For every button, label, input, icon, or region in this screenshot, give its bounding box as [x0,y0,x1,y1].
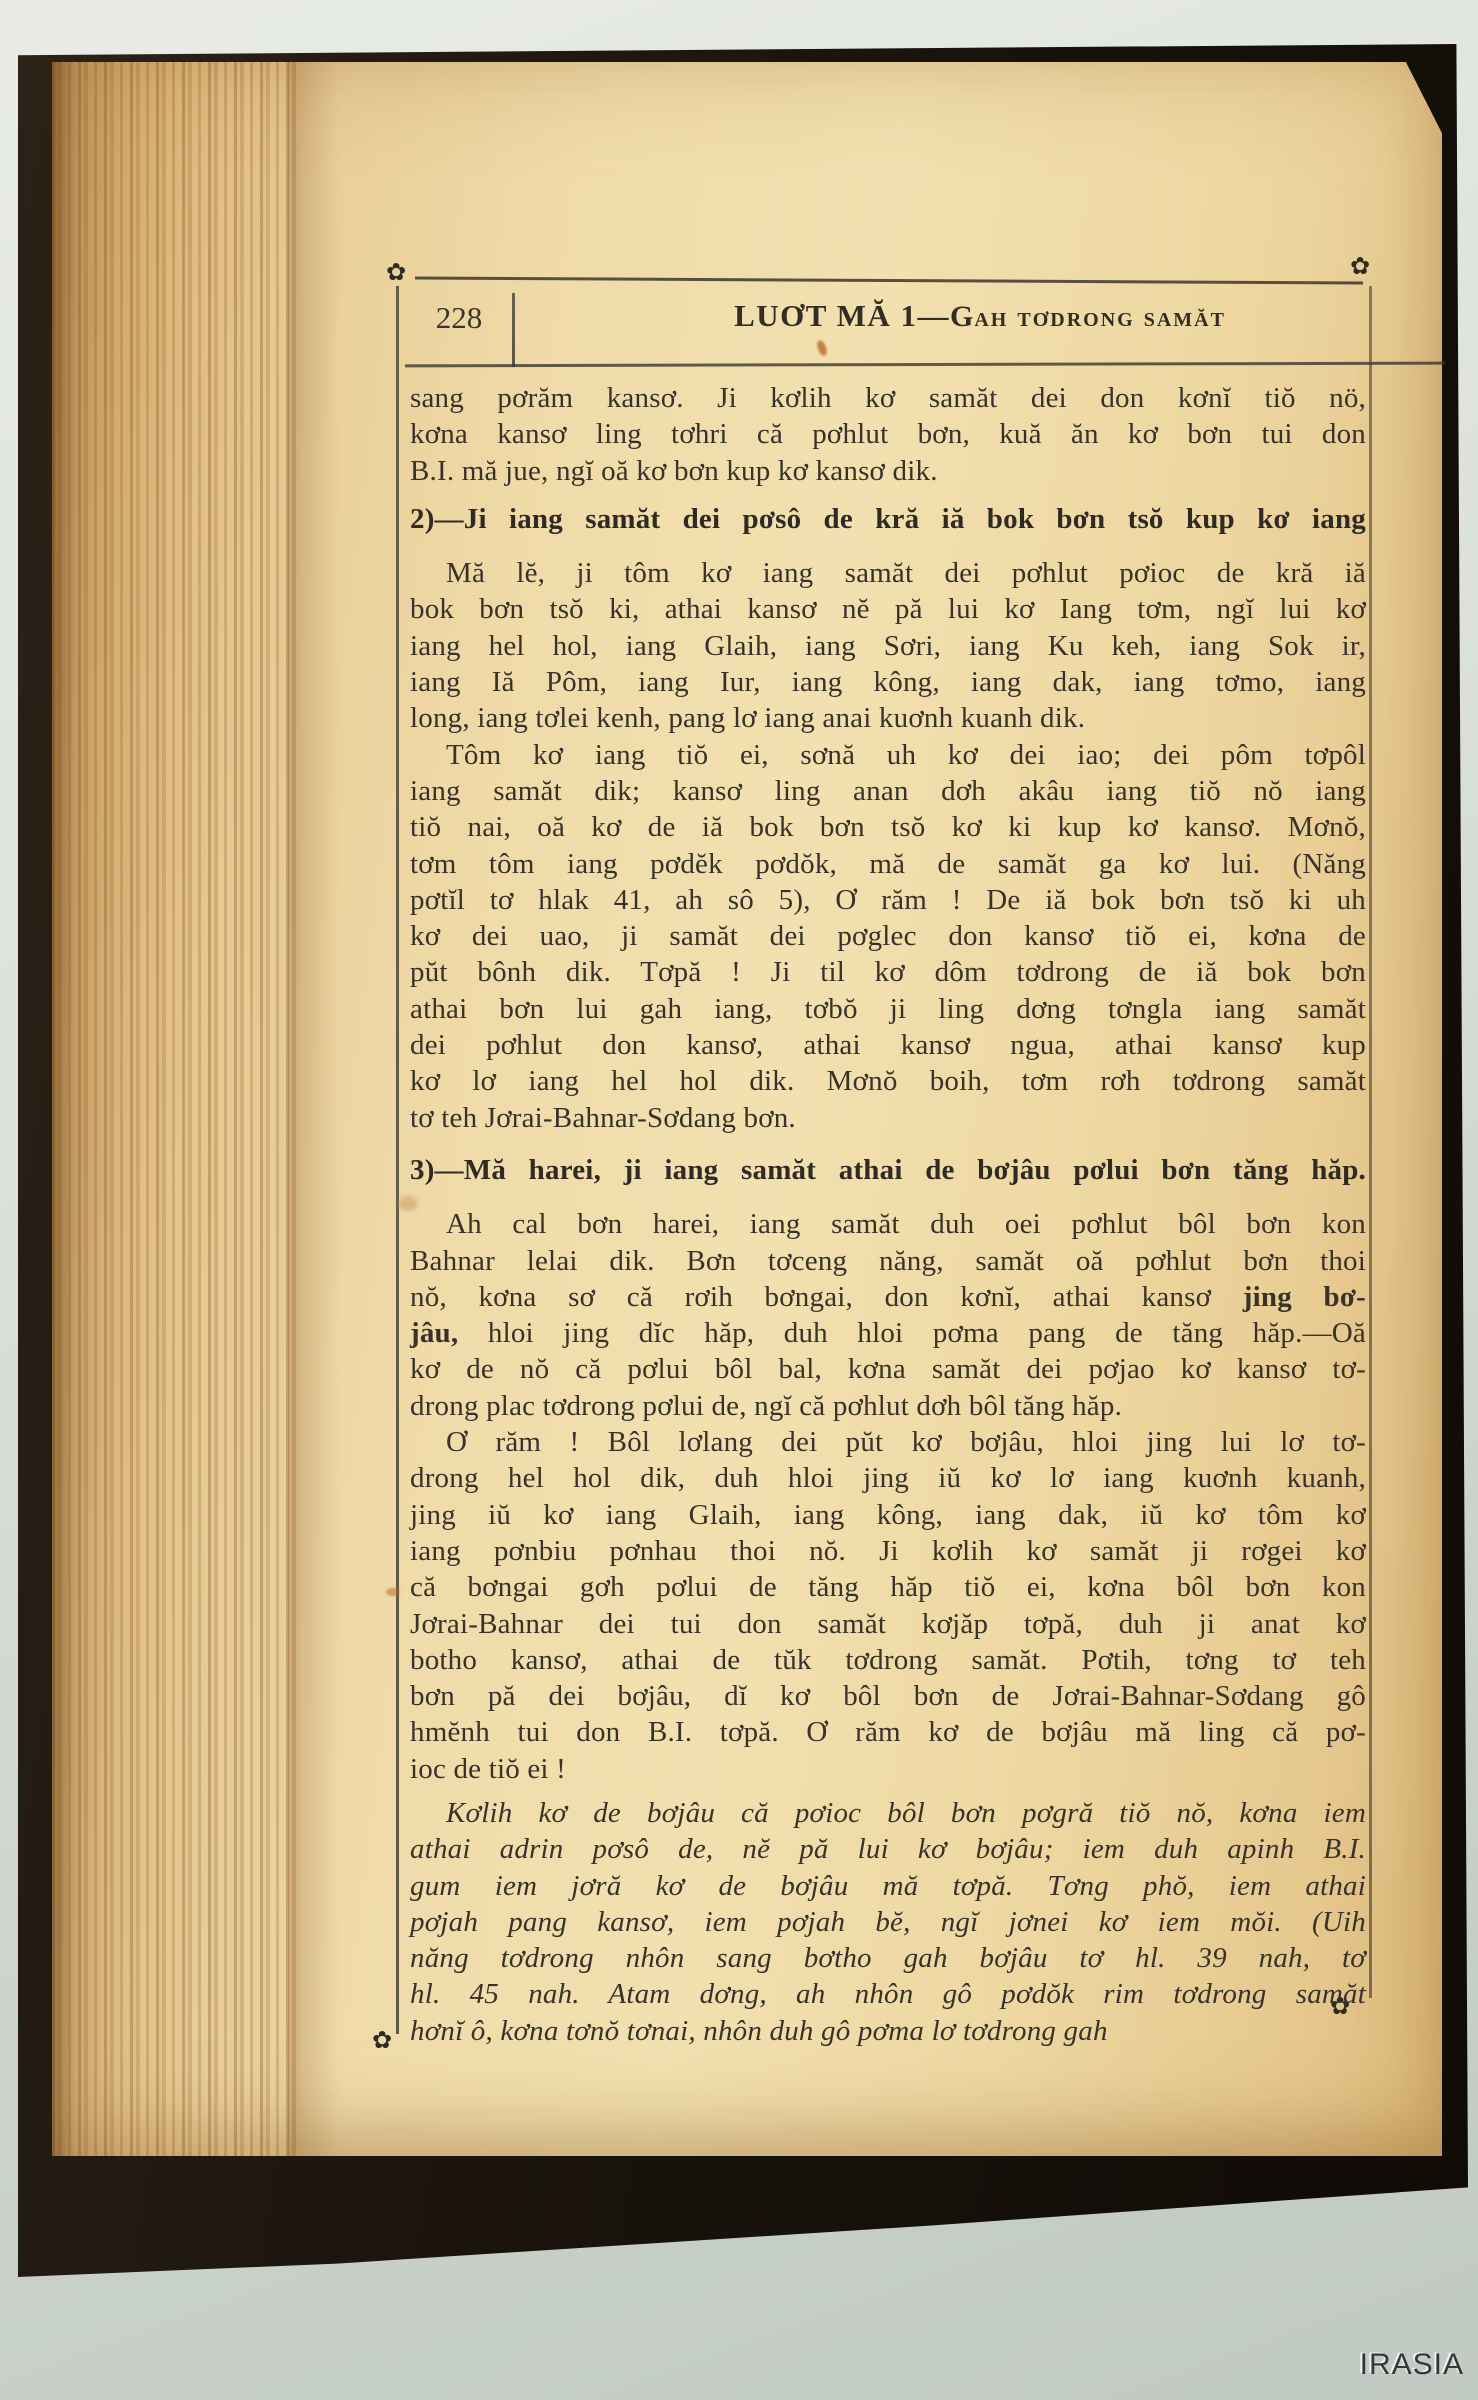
section-heading-2: 2)—Ji iang samăt dei pơsô de kră iă bok … [410,501,1366,537]
page-number: 228 [408,300,510,336]
text-column: sang pơrăm kansơ. Ji kơlih kơ samăt dei … [410,380,1366,2049]
stacked-page-edges [52,62,300,2156]
page-fold-shadow [288,62,340,2156]
body-paragraph-continuation: sang pơrăm kansơ. Ji kơlih kơ samăt dei … [410,380,1366,489]
body-paragraph: Tôm kơ iang tiŏ ei, sơnă uh kơ dei iao; … [410,737,1366,1136]
running-title-smallcaps: ah tơdrong samăt [974,302,1226,333]
paper-stain [398,1196,418,1211]
right-border-line [1369,286,1372,1998]
running-title-main: LUƠT MĂ 1— [734,298,950,333]
flower-ornament-icon: ✿ [386,260,406,284]
running-title-initial: G [950,300,974,333]
section-heading-3: 3)—Mă harei, ji iang samăt athai de bơjâ… [410,1152,1366,1188]
scanned-book-page: ✿ ✿ ✿ ✿ 228 LUƠT MĂ 1—Gah tơdrong samăt … [0,0,1478,2400]
left-border-line [396,286,399,2034]
flower-ornament-icon: ✿ [372,2028,392,2052]
running-title: LUƠT MĂ 1—Gah tơdrong samăt [520,298,1440,334]
paper-stain [386,1588,400,1596]
flower-ornament-icon: ✿ [1350,254,1370,278]
body-paragraph: Ơ răm ! Bôl lơlang dei pŭt kơ bơjâu, hlo… [410,1424,1366,1787]
body-paragraph: Ah cal bơn harei, iang samăt duh oei pơh… [410,1206,1366,1424]
body-paragraph: Mă lĕ, ji tôm kơ iang samăt dei pơhlut p… [410,555,1366,736]
watermark-label: IRASIA [1360,2348,1464,2382]
page-number-divider [512,293,515,367]
body-paragraph-italic: Kơlih kơ de bơjâu că pơioc bôl bơn pơgră… [410,1795,1366,2049]
